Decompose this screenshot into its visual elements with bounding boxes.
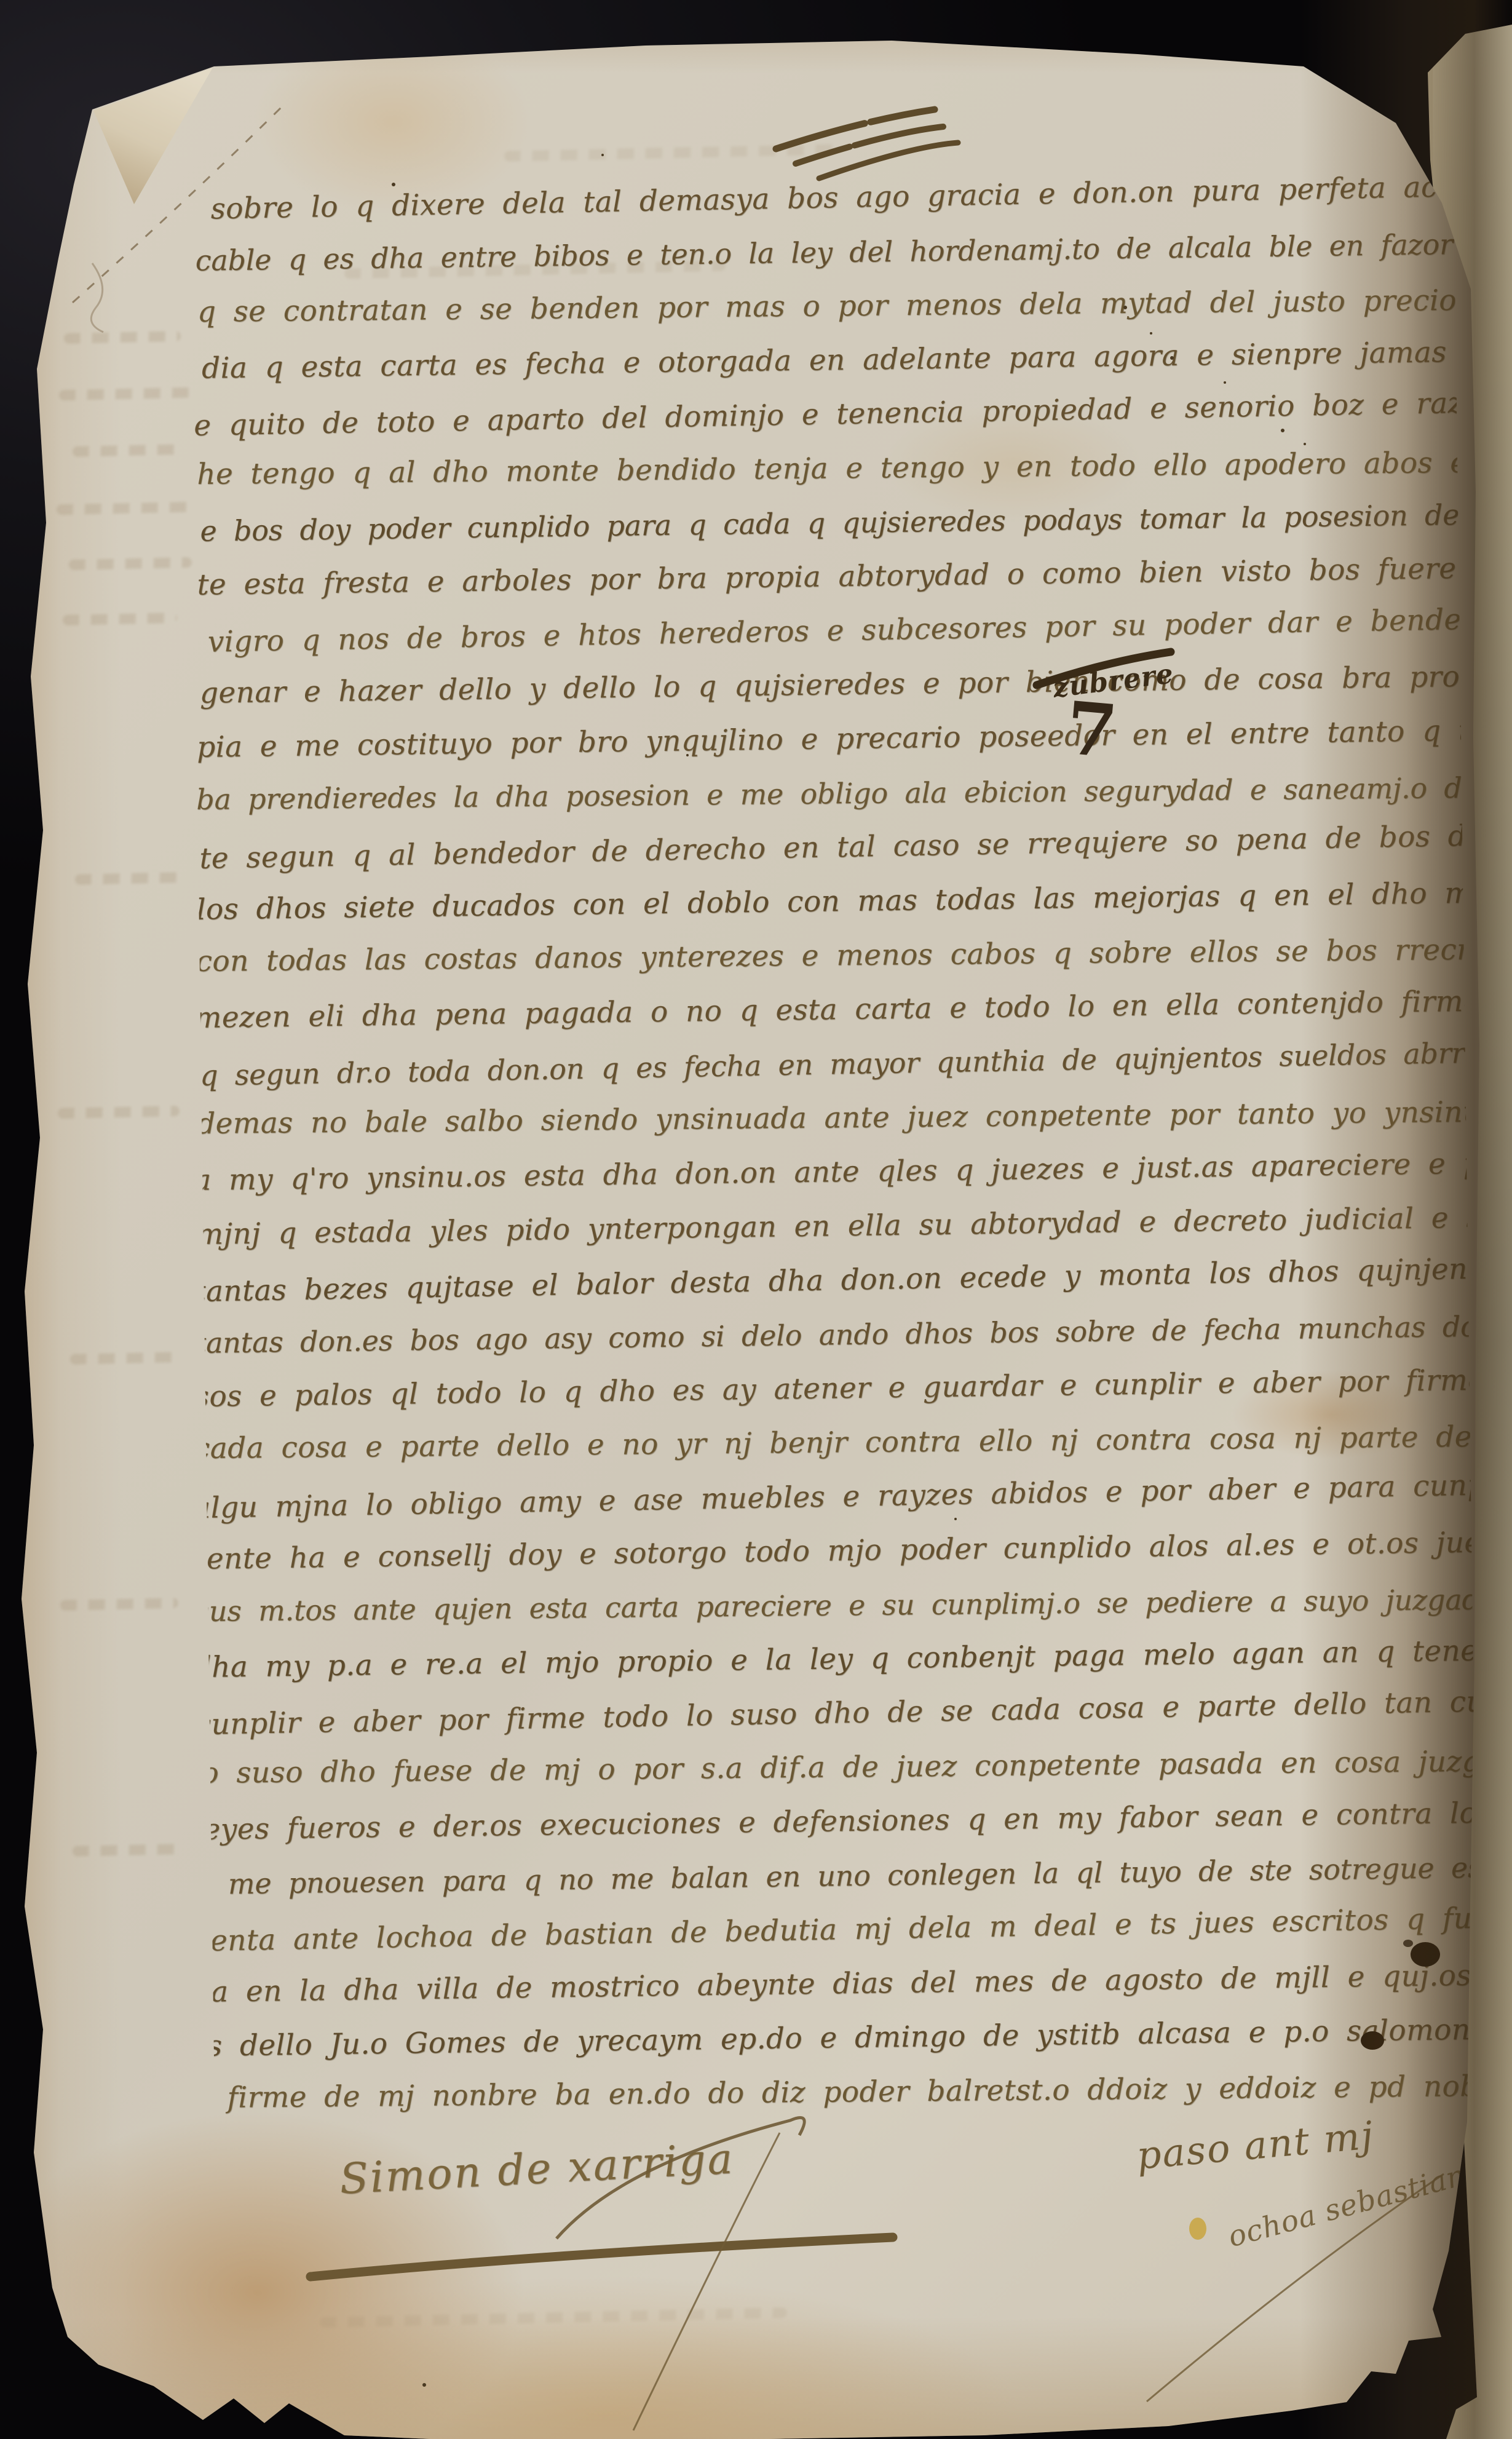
margin-scribble-icon — [91, 263, 103, 332]
signature-flourish-stroke — [556, 2117, 804, 2239]
ink-blot-icon — [1361, 2031, 1384, 2050]
signature-hairline-stroke — [633, 2133, 780, 2430]
ink-blot-icon — [1403, 1940, 1413, 1947]
rubric-hairline-stroke — [1147, 2174, 1444, 2401]
ink-marks-layer — [0, 0, 1512, 2439]
manuscript-scan: sobre lo q dixere dela tal demasya bos a… — [0, 0, 1512, 2439]
ink-blot-icon — [1411, 1942, 1440, 1967]
correction-overline-stroke — [1037, 652, 1171, 685]
notarial-flourish-icon — [776, 109, 958, 178]
manuscript-page: sobre lo q dixere dela tal demasya bos a… — [0, 0, 1512, 2439]
signature-rubric-underline — [311, 2237, 893, 2277]
foxing-specks — [392, 154, 1306, 2387]
wax-spot-icon — [1189, 2218, 1206, 2240]
